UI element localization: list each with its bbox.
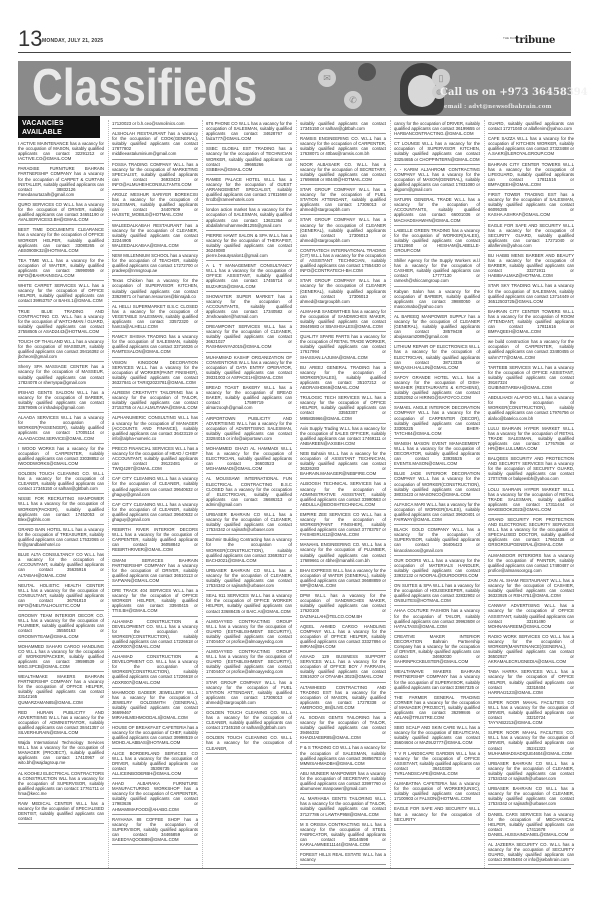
classified-ad: GMANI SERVICES BAHRAIN PARTNERSHIP COMPA… [112, 557, 198, 586]
classified-ad: VISION KINGDOM DECORATION SERVICES W.L.L… [112, 359, 198, 388]
classified-ad: M S ORISSA CONTRACTING W.L.L has a vacan… [300, 821, 386, 850]
column-divider [202, 120, 203, 868]
classified-ad: TEA TIME W.L.L has a vacancy for the occ… [18, 257, 104, 281]
classified-ad: EAGLE FOR SAFE AND SECURITY W.L.L has a … [488, 222, 574, 251]
classified-ad: AL SODAIS GENTS TAILORING has a vacancy … [300, 714, 386, 743]
classified-ad: NEUTAL HOLISTIC HEALTH CENTER W.L.L has … [18, 582, 104, 611]
classified-ad: URBASER BAHRAIN CO W.L.L has a vacancy f… [206, 567, 292, 591]
column-divider [108, 120, 109, 868]
masthead: 13 MONDAY, JULY 21, 2025 [18, 28, 272, 54]
chat-bubble-icon [358, 63, 376, 81]
classified-ad: GROOMY TEAM INTERIOR DECOR CO. W.L.L has… [18, 612, 104, 641]
classified-ad: ZAIN AL SHAM RESTAURANT W.L.L has a vaca… [488, 577, 574, 601]
classified-ad: MAHMOOD GADEER JEWELLERY W.L.L has a vac… [112, 689, 198, 724]
classified-ad: TARTEEB SERVICES W.L.L has a vacancy for… [488, 364, 574, 393]
classified-ad: TOUCH OF THAILAND W.L.L has a vacancy fo… [18, 338, 104, 362]
classified-ad: LOLU SAHRAIN HYPER MARKET W.L.L has a va… [488, 486, 574, 515]
classified-ad: PARADISE FURNITURE BAHRAIN PARTNERSHIP C… [18, 165, 104, 200]
classified-ad: SATURN GENERAL TRADE W.L.L has a vacancy… [394, 196, 480, 225]
classified-ad: Sherry SPA MASSAGE CENTER has a vacancy … [18, 363, 104, 387]
classified-ad: BAHRAIN CITY CENTER TOWERS W.L.L has a v… [488, 161, 574, 190]
classified-ad: SAFOY GRANDE HOTEL W.L.L has a vacancy f… [394, 374, 480, 403]
column-2: 17120023 or b.h.ceo@ramolinics.comALSHOL… [112, 120, 198, 868]
classified-ad: suitably qualified applicants can contac… [300, 120, 386, 134]
classified-ad: RAMSIS ENGINEERING CO. W.L.L has a vacan… [300, 135, 386, 159]
classified-ad: RADIO WORK SERVICES CO W.L.L has a vacan… [488, 633, 574, 668]
classified-ad: ALSHOLAH RESTAURANT has a vacancy for th… [112, 130, 198, 159]
classified-ad: 6T6 PHONE CO W.L.L has a vacancy for the… [206, 120, 292, 144]
call-number: Call us on +973 36458394 [440, 87, 588, 98]
classified-ad: T V R LANDSCAPE GARDEN W.L.L has a vacan… [394, 750, 480, 779]
classified-ad: CT LOUNGE W.L.L has a vacancy for the oc… [394, 140, 480, 164]
classified-ad: STAR SKY TRADING W.L.L has a vacancy for… [488, 282, 574, 306]
column-divider [484, 120, 485, 868]
classified-ad: MOHAMMED GHAZI AL HAMMADI W.L.L has a va… [206, 445, 292, 474]
classified-ad: EAGLE FOR SAFE AND SECURITY W.L.L has a … [394, 805, 480, 824]
classified-ad: FIRST TOWER TRADING EST has a vacancy fo… [488, 191, 574, 220]
classified-ad: RAW MEDICAL CENTER W.L.L has a vacancy f… [18, 800, 104, 824]
classified-ad: ALFASCA MARI W.L.L has a vacancy for the… [394, 501, 480, 525]
classified-ad: ALBOOSH TECHNICAL SERVICES has a vacancy… [300, 480, 386, 509]
classified-ad: ALMOAYYED CONTRACTING GROUP W.L.L has a … [206, 648, 292, 677]
classified-ad: I ACTIVE MAINTENANCE has a vacancy for t… [18, 140, 104, 164]
banner-email: email : advt@newsofbahrain.com [444, 104, 552, 110]
phone-icon: ✆ [344, 91, 362, 109]
classified-ad: ALMABATINA CAFETERIA has a vacancy for t… [394, 780, 480, 804]
classified-ad: BLACK GOLD COMPANY W.L.L has a vacancy f… [394, 526, 480, 555]
classified-ad: THE FARMER GENERAL TRADING CORNER has a … [394, 694, 480, 723]
classified-ad: BAHRAIN CITY CENTER TOWERS W.L.L has a v… [488, 308, 574, 337]
classified-ad: Axis Supply Trading W.L.L has a vacancy … [300, 425, 386, 449]
classified-ad: AHAD ALBARAKA FURNITURE MANUFACTURING WO… [112, 780, 198, 815]
classified-ad: AL HELLI SUPERMARKET B.S.C CLOSED has a … [112, 303, 198, 332]
classified-ad: AHAA COUTURE FASHION has a vacancy for t… [394, 607, 480, 631]
classified-ad: PRECO FINANCIAL SERVICES W.L.L has a vac… [112, 445, 198, 474]
classified-ad: RAMCY SHISHA TRADING has a vacancy for t… [112, 333, 198, 357]
classified-ad: LULU BAHRAIN HYPER MARKET W.L.L has a va… [488, 425, 574, 454]
classified-ad: ARGUZ MESHUR SARIYER BOREKCISI has a vac… [112, 191, 198, 220]
classified-ad: GUARD, suitably qualified applicants can… [488, 120, 574, 134]
column-1: I ACTIVE MAINTENANCE has a vacancy for t… [18, 140, 104, 868]
classified-ad: URBASER BAHRAIN CO W.L.L has a vacancy f… [488, 760, 574, 784]
classified-ad: STAR GROUP COMPANY W.L.L has a vacancy f… [206, 679, 292, 708]
classified-ad: NEW MILLENNIUM SCHOOL has a vacancy for … [112, 252, 198, 276]
classified-ad: CONTRATECH INTERNATIONAL TRADING (CIT) W… [300, 247, 386, 276]
classified-ad: ABU MUNEER MANPOWER has a vacancy for th… [300, 770, 386, 794]
classified-ad: ALMOAYYED CONTRACTING GROUP W.L.L has a … [206, 618, 292, 647]
classified-ad: ALPHANUMERIC CONSULTING W.L.L has a vaca… [112, 414, 198, 443]
classified-ad: AL BAREEQ MANPOWER SUPPLY has a vacancy … [394, 313, 480, 342]
classified-ad: WEALTHMAKE MAKERS BAHRAIN PARTNERSHIP CO… [18, 673, 104, 708]
classified-ad: LABELLE GREEN TRADING has a vacancy for … [394, 227, 480, 256]
page-number: 13 [18, 28, 42, 50]
classified-ad: WANISH MASON EVENT MANAGEMENT W.L.L has … [394, 440, 480, 469]
classified-ad: SSBC GLOBAL EST TRADING has a vacancy fo… [206, 145, 292, 174]
classified-ad: GOLDEN TOUCH CLEANING CO. W.L.L has a va… [206, 709, 292, 733]
classified-ad: QURO SERVICES CO W.L.L has a vacancy for… [18, 201, 104, 225]
classified-ad: CREATIVE MAKER INTERIOR DECORATION Bahra… [394, 633, 480, 668]
classified-ad: ALREEM CREATIVITY TAILORING has a vacanc… [112, 389, 198, 413]
page-date: MONDAY, JULY 21, 2025 [42, 38, 103, 44]
classified-ad: SAMAEL ANGLE INTERIOR DECORATION COMPANY… [394, 404, 480, 439]
classified-ad: london action market has a vacancy for t… [206, 206, 292, 230]
brand-logo: tribune [515, 35, 555, 46]
classified-ad: SUPER NOOR MAHAL FACILITIES CO. W.L.L ha… [488, 729, 574, 758]
column-divider [296, 120, 297, 868]
classified-ad: ALAADA SERVICES W.L.L has a vacancy for … [18, 414, 104, 443]
classified-ad: CANWAY ADVERTISING W.L.L has a vacancy f… [488, 602, 574, 631]
classified-ad: NOOR ALBASAER CO. W.L.L has a vacancy fo… [300, 161, 386, 185]
classified-ad: F & S TRADING CO W.L.L has a vacancy for… [300, 744, 386, 768]
classified-ad: EMPIRE ZEE SERVICES CO W.L.L has a vacan… [300, 511, 386, 540]
classified-ad: DREAMPOINT SERVICES W.L.L has a vacancy … [206, 323, 292, 352]
classified-ad: ALMANSOOR INTERIORS has a vacancy for th… [488, 552, 574, 576]
classified-ad: BLUE ALTA CONSULTANCY CO W.L.L has a vac… [18, 551, 104, 580]
classified-ad: OUR DOORS W.L.L has a vacancy for the oc… [394, 557, 480, 581]
banner-title: Classifieds [32, 61, 257, 116]
classified-ad: AQEEL AHMED CARGO HANDLING COMPANY W.L.L… [300, 623, 386, 652]
classified-ad: URBASER BAHRAIN CO W.L.L has a vacancy f… [206, 511, 292, 535]
classified-ad: STAR GROUP COMPANY W.L.L has a vacancy f… [300, 216, 386, 245]
classified-ad: FOREST HILLS REAL ESTATE W.L.L has a vac… [300, 851, 386, 865]
classified-ad: BU AREEJ GENERAL TRADING has a vacancy f… [300, 364, 386, 393]
classified-ad: GRAND SECURITY FOR PROTECTION AND ELECTR… [488, 516, 574, 551]
classified-ad: SBIO SCALP AND SKIN CARE W.L.L has a vac… [394, 724, 480, 748]
column-5: cancy for the occupation of DRIVER, suit… [394, 120, 480, 868]
classified-ad: TRUE BLUE TRADING AND CONTRACTING CO. W.… [18, 308, 104, 337]
classified-ad: NEB Bahrain W.L.L has a vacancy for the … [300, 450, 386, 479]
classified-ad: CAF CITY CLEANING W.L.L has a vacancy fo… [112, 501, 198, 525]
classified-ad: GRAND BAIN HOTEL W.L.L has a vacancy for… [18, 526, 104, 550]
classified-ad: BALQEES SECURITY AND PROTECTION AND SECU… [488, 455, 574, 484]
classified-ad: TRULOGIC TECH SERVICES W.L.L has a vacan… [300, 394, 386, 423]
classified-ad: WHITE CARPET SERVICES W.L.L has a vacanc… [18, 282, 104, 306]
classified-ad: RAYHANA 88 COFFEE SHOP has a vacancy for… [112, 816, 198, 845]
classified-ad: HOUSE OF BREAKFAST CAFETERIA has a vacan… [112, 724, 198, 748]
classified-ad: CAF CITY CLEANING W.L.L has a vacancy fo… [112, 475, 198, 499]
classified-ad: RAMEE PALACE HOTEL W.L.L has a vacancy f… [206, 176, 292, 205]
classified-ad: NISSE FOR RECRUITING MANPOWER W.L.L has … [18, 495, 104, 524]
classified-ad: cancy for the occupation of DRIVER, suit… [394, 120, 480, 139]
classified-ad: WALEEDALKABAH RESTAURANT has a vacancy f… [112, 222, 198, 251]
classified-ad: I WOOD WORKS has a vacancy for the occup… [18, 445, 104, 469]
classified-ad: URBASER BAHRAIN CO W.L.L has a vacancy f… [488, 785, 574, 809]
classified-ad: MOHAMMED SAHARI CARGO HANDLING CO W.L.L … [18, 643, 104, 672]
classified-ad: ALHAMAD CONSTRUCTION & DEVELOPMENT CO. W… [112, 653, 198, 688]
classified-ad: MANAHIL ENGINEERING CO. W.L.L has a vaca… [300, 541, 386, 565]
classified-ad: ON SUITES & SPA W.L.L has a vacancy for … [394, 582, 480, 606]
classified-ad: ALHAMAD CONSTRUCTION & DEVELOPMENT CO. W… [112, 618, 198, 653]
classified-ad: STAR GROUP COMPANY W.L.L has a vacancy f… [300, 186, 386, 215]
classified-ad: DPW W.L.L has a vacancy for the occupati… [300, 592, 386, 621]
classified-ad: MUHAMMAD KASHIF ORGANIZATION OF CONVENTI… [206, 354, 292, 383]
column-6: GUARD, suitably qualified applicants can… [488, 120, 574, 868]
classified-ad: ALTAWHEED CONTRACTING AND TRADING EST ha… [300, 684, 386, 713]
classified-ad: QUALITY SPARE PARTS has a vacancy for th… [300, 333, 386, 362]
column-3: 6T6 PHONE CO W.L.L has a vacancy for the… [206, 120, 292, 868]
classified-ad: BREAD TOAST BAKERY W.L.L has a vacancy f… [206, 384, 292, 413]
classified-ad: ALMAHAB SANDWITHES has a vacancy for the… [300, 308, 386, 332]
footer-rule [18, 868, 571, 869]
mail-icon: ✉ [318, 69, 336, 87]
classified-ad: AL KOOHEJ ELECTRICAL CONTRACTORS & CONST… [18, 770, 104, 799]
classified-ad: TABA HARRA SERVICES W.L.L has a vacancy … [488, 668, 574, 697]
classified-ad: 17120023 or b.h.ceo@ramolinics.com [112, 120, 198, 129]
classified-ad: BU HABIB MENS BARBER AND BEAUTY has a va… [488, 252, 574, 281]
classified-ad: Texas Chicken has a vacancy for the occu… [112, 277, 198, 301]
header-rule [18, 52, 571, 53]
classified-ad: WEALTHWAVE MAKERS BAHRAIN PARTNERSHIP CO… [394, 668, 480, 692]
classified-ad: ALICE BORDERLAND SERVICES CO W.L.L has a… [112, 750, 198, 779]
column-4: suitably qualified applicants can contac… [300, 120, 386, 868]
classified-ad: A L T MANAGEMENT CONSULTANCY W.L.L has a… [206, 262, 292, 291]
classified-ad: ABDULHADI ALAFOO W.L.L has a vacancy for… [488, 394, 574, 423]
classified-ad: Wajda International Technology Services … [18, 739, 104, 768]
classified-ad: SUPER NOOR MAHAL FACILITIES CO W.L.L has… [488, 699, 574, 728]
classified-ad: Bachmir Building Contracting has a vacan… [206, 536, 292, 565]
classified-ad: DANIEL CARS SERVICES has a vacancy for t… [488, 811, 574, 840]
classified-ad: BLUE JADE INTERIOR DECORATION COMPANY W.… [394, 470, 480, 499]
classified-ad: CAFE SAZZA W.L.L has a vacancy for the o… [488, 135, 574, 159]
column-divider [390, 120, 391, 868]
classified-ad: AL MOUSSAWI INTERNATIONAL FUN ELECTRICAL… [206, 475, 292, 510]
classified-ad: LITHIUM REPAIR OF ELECTRONICS W.L.L has … [394, 343, 480, 372]
classified-ad: GOLDEN TOUCH CLEANING CO. W.L.L has a va… [18, 470, 104, 494]
classified-ad: GOLDEN TOUCH CLEANING CO. W.L.L has a va… [206, 734, 292, 753]
classified-ad: we build construction has a vacancy for … [488, 338, 574, 362]
classified-ad: AL MARHABA GENTS TAILORING W.L.L has a v… [300, 795, 386, 819]
classified-ad: FOSSA TRADING COMPANY W.L.L has a vacanc… [112, 161, 198, 190]
classified-ad: DRE TRACK 404 SERVICES W.L.L has a vacan… [112, 587, 198, 616]
classified-ad: REBIRTH RIVER INTERIOR DECORS W.L.L has … [112, 526, 198, 555]
classified-columns: I ACTIVE MAINTENANCE has a vacancy for t… [18, 120, 571, 868]
classified-ad: Kabyan Salon has a vacancy for the occup… [394, 288, 480, 312]
classified-ad: Shiller Agency for the Supply Workers w.… [394, 257, 480, 286]
classified-ad: BHAI EXPRESS W.L.L has a vacancy for the… [300, 567, 386, 591]
classified-ad: BEST TIME DOCUMENTS CLEARANCE has a vaca… [18, 226, 104, 255]
classified-ad: AL JAZEERA SECURITY CO. W.L.L has a vaca… [488, 841, 574, 865]
classified-ad: IRSHAD GENTS SALOON W.L.L has a vacancy … [18, 389, 104, 413]
classified-ad: PIERRE HAWIT SALON & SPA W.L.L has a vac… [206, 232, 292, 261]
classified-ad: ASAAD 129 BUSINESS SUPPORT SERVICES W.L.… [300, 653, 386, 682]
classified-ad: STAR GROUP COMPANY W.L.L has a vacancy f… [300, 277, 386, 306]
classified-ad: AIRPORTOWN PUBLICITY AND ADVERTISING W.L… [206, 415, 292, 444]
classified-ad: A - KARIM ALJAHROMI CONTRACTING COMPANY … [394, 166, 480, 195]
classified-ad: SHOWAITER SUPER MARKET has a vacancy for… [206, 293, 292, 322]
classified-ad: RED HURAIN PUBLICITY AND ADVERTISING W.L… [18, 709, 104, 738]
classified-ad: SEAL 911 SERVICES W.L.L has a vacancy fo… [206, 592, 292, 616]
